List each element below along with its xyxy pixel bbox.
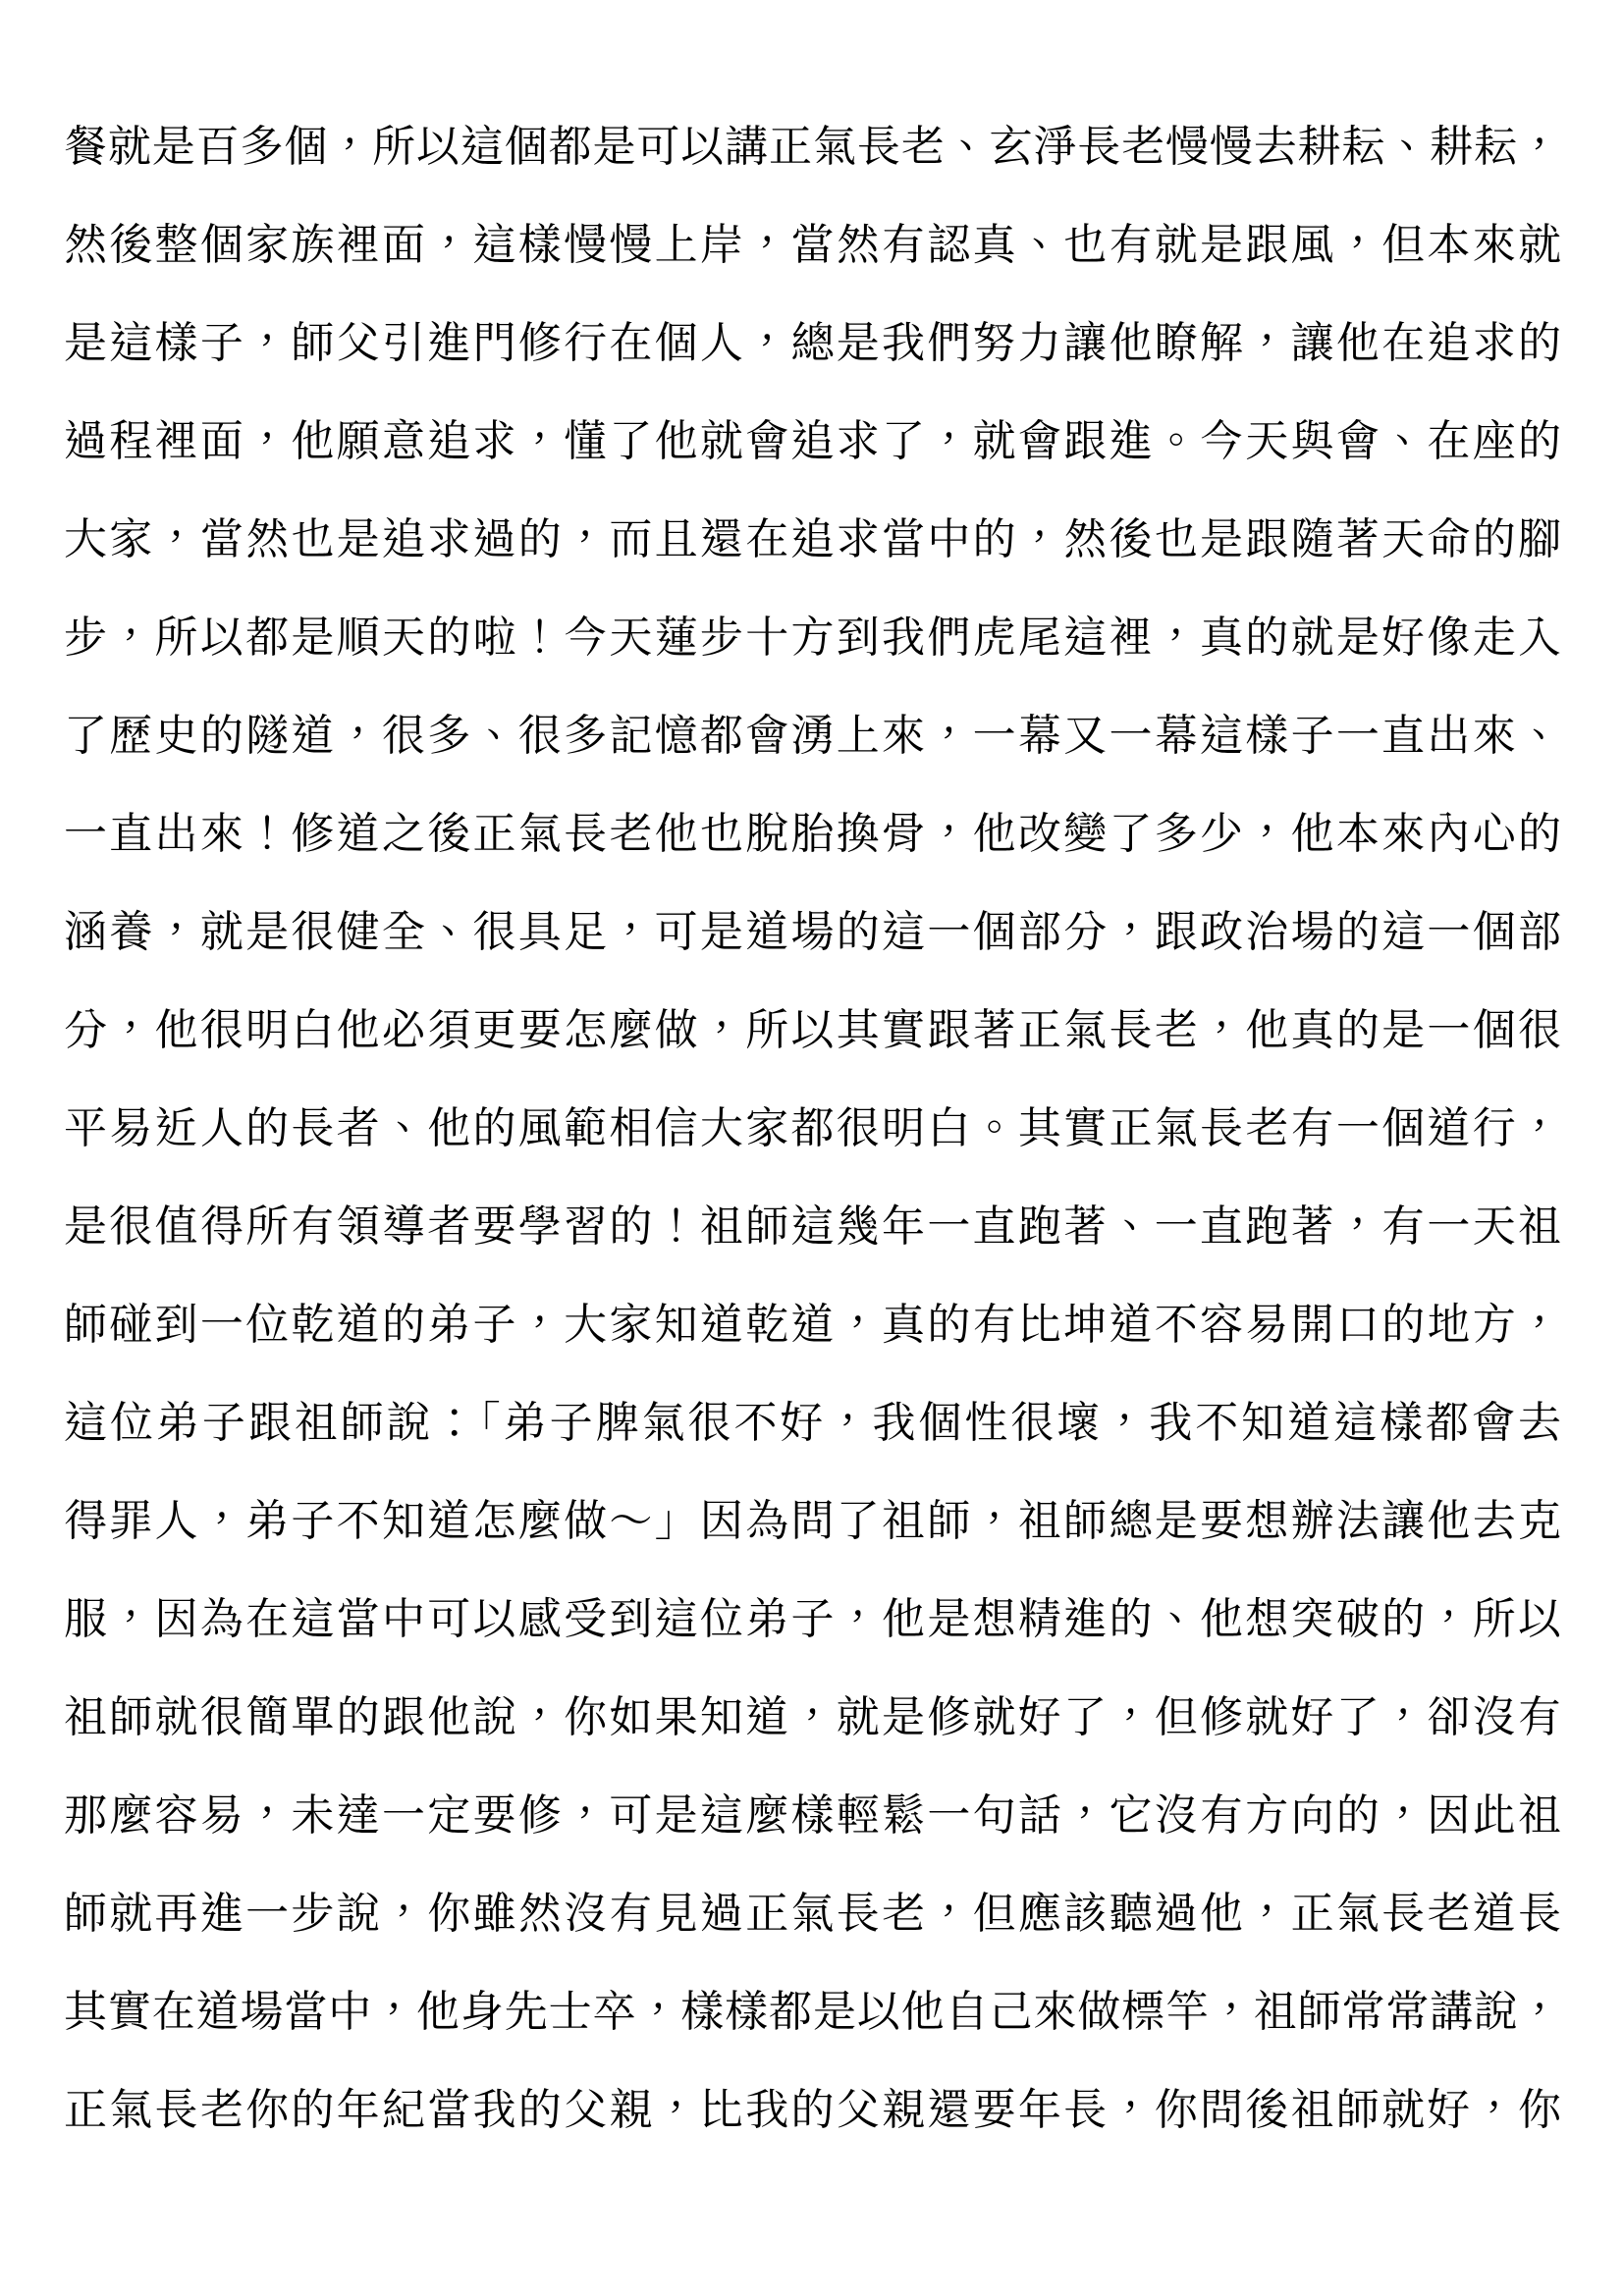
text-line: 這位弟子跟祖師說：「弟子脾氣很不好，我個性很壞，我不知道這樣都會去 xyxy=(64,1374,1561,1472)
text-line: 了歷史的隧道，很多、很多記憶都會湧上來，一幕又一幕這樣子一直出來、 xyxy=(64,687,1561,785)
text-line: 然後整個家族裡面，這樣慢慢上岸，當然有認真、也有就是跟風，但本來就 xyxy=(64,196,1561,294)
text-line: 服，因為在這當中可以感受到這位弟子，他是想精進的、他想突破的，所以 xyxy=(64,1571,1561,1669)
text-line: 大家，當然也是追求過的，而且還在追求當中的，然後也是跟隨著天命的腳 xyxy=(64,491,1561,589)
text-line: 師就再進一步說，你雖然沒有見過正氣長老，但應該聽過他，正氣長老道長 xyxy=(64,1865,1561,1963)
text-line: 過程裡面，他願意追求，懂了他就會追求了，就會跟進。今天與會、在座的 xyxy=(64,393,1561,491)
text-line: 餐就是百多個，所以這個都是可以講正氣長老、玄淨長老慢慢去耕耘、耕耘， xyxy=(64,98,1561,196)
body-text: 餐就是百多個，所以這個都是可以講正氣長老、玄淨長老慢慢去耕耘、耕耘，然後整個家族… xyxy=(64,98,1561,2160)
text-line: 得罪人，弟子不知道怎麼做～」因為問了祖師，祖師總是要想辦法讓他去克 xyxy=(64,1472,1561,1571)
text-line: 正氣長老你的年紀當我的父親，比我的父親還要年長，你問後祖師就好，你 xyxy=(64,2061,1561,2160)
text-line: 是這樣子，師父引進門修行在個人，總是我們努力讓他瞭解，讓他在追求的 xyxy=(64,294,1561,393)
text-line: 是很值得所有領導者要學習的！祖師這幾年一直跑著、一直跑著，有一天祖 xyxy=(64,1178,1561,1276)
text-line: 祖師就很簡單的跟他說，你如果知道，就是修就好了，但修就好了，卻沒有 xyxy=(64,1669,1561,1767)
text-line: 那麼容易，未達一定要修，可是這麼樣輕鬆一句話，它沒有方向的，因此祖 xyxy=(64,1767,1561,1865)
text-line: 平易近人的長者、他的風範相信大家都很明白。其實正氣長老有一個道行， xyxy=(64,1080,1561,1178)
text-line: 一直出來！修道之後正氣長老他也脫胎換骨，他改變了多少，他本來內心的 xyxy=(64,785,1561,883)
text-line: 師碰到一位乾道的弟子，大家知道乾道，真的有比坤道不容易開口的地方， xyxy=(64,1276,1561,1374)
document-page: 餐就是百多個，所以這個都是可以講正氣長老、玄淨長老慢慢去耕耘、耕耘，然後整個家族… xyxy=(0,0,1624,2296)
text-line: 步，所以都是順天的啦！今天蓮步十方到我們虎尾這裡，真的就是好像走入 xyxy=(64,589,1561,687)
text-line: 分，他很明白他必須更要怎麼做，所以其實跟著正氣長老，他真的是一個很 xyxy=(64,982,1561,1080)
text-line: 其實在道場當中，他身先士卒，樣樣都是以他自己來做標竿，祖師常常講說， xyxy=(64,1963,1561,2061)
text-line: 涵養，就是很健全、很具足，可是道場的這一個部分，跟政治場的這一個部 xyxy=(64,883,1561,982)
